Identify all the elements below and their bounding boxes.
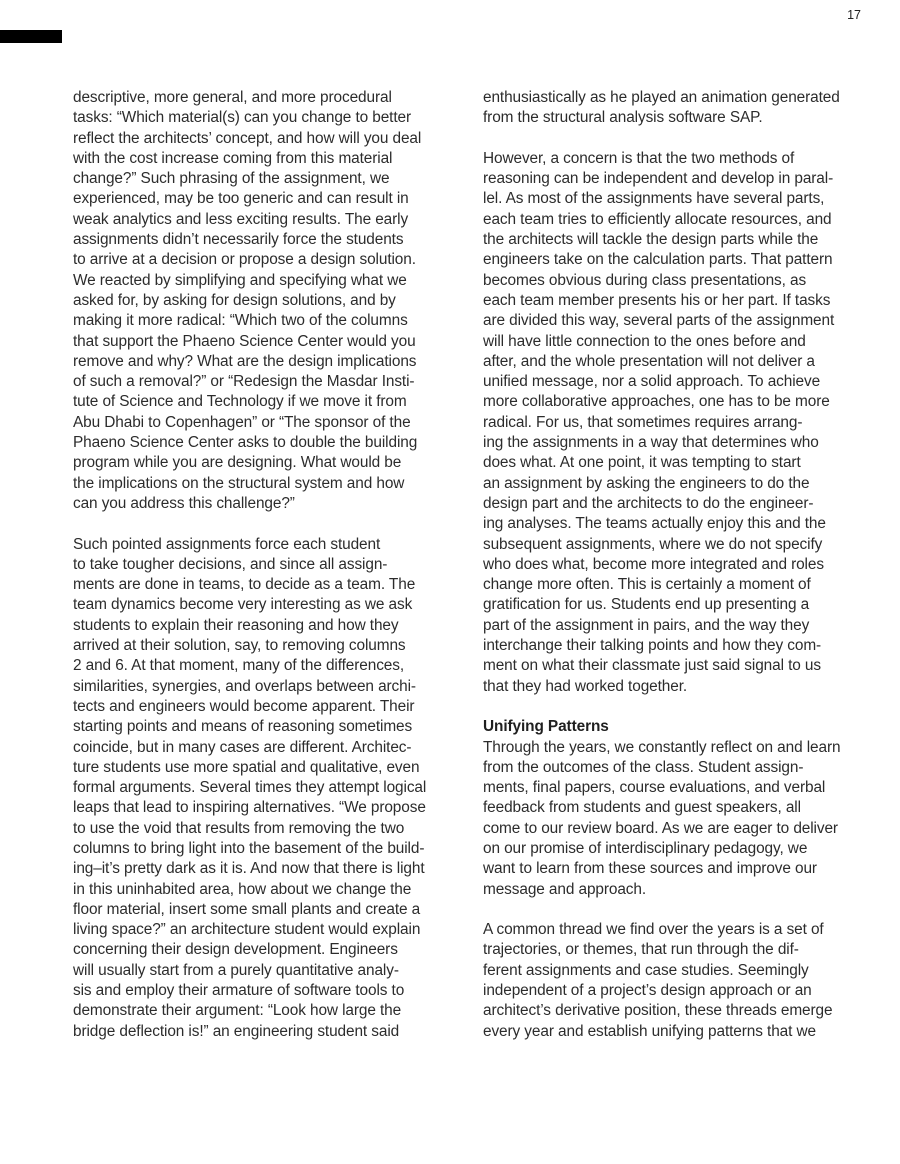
paragraph: However, a concern is that the two metho…: [483, 149, 869, 697]
left-column: descriptive, more general, and more proc…: [73, 88, 459, 1042]
paragraph: A common thread we find over the years i…: [483, 920, 869, 1042]
paragraph: descriptive, more general, and more proc…: [73, 88, 459, 514]
text-columns: descriptive, more general, and more proc…: [73, 88, 869, 1042]
paragraph: Such pointed assignments force each stud…: [73, 535, 459, 1042]
paragraph: enthusiastically as he played an animati…: [483, 88, 869, 129]
document-page: 17 descriptive, more general, and more p…: [0, 0, 900, 1164]
corner-tab-bar: [0, 30, 62, 43]
section-heading: Unifying Patterns: [483, 717, 869, 737]
page-number: 17: [847, 8, 861, 22]
right-column: enthusiastically as he played an animati…: [483, 88, 869, 1042]
paragraph: Through the years, we constantly reflect…: [483, 738, 869, 900]
